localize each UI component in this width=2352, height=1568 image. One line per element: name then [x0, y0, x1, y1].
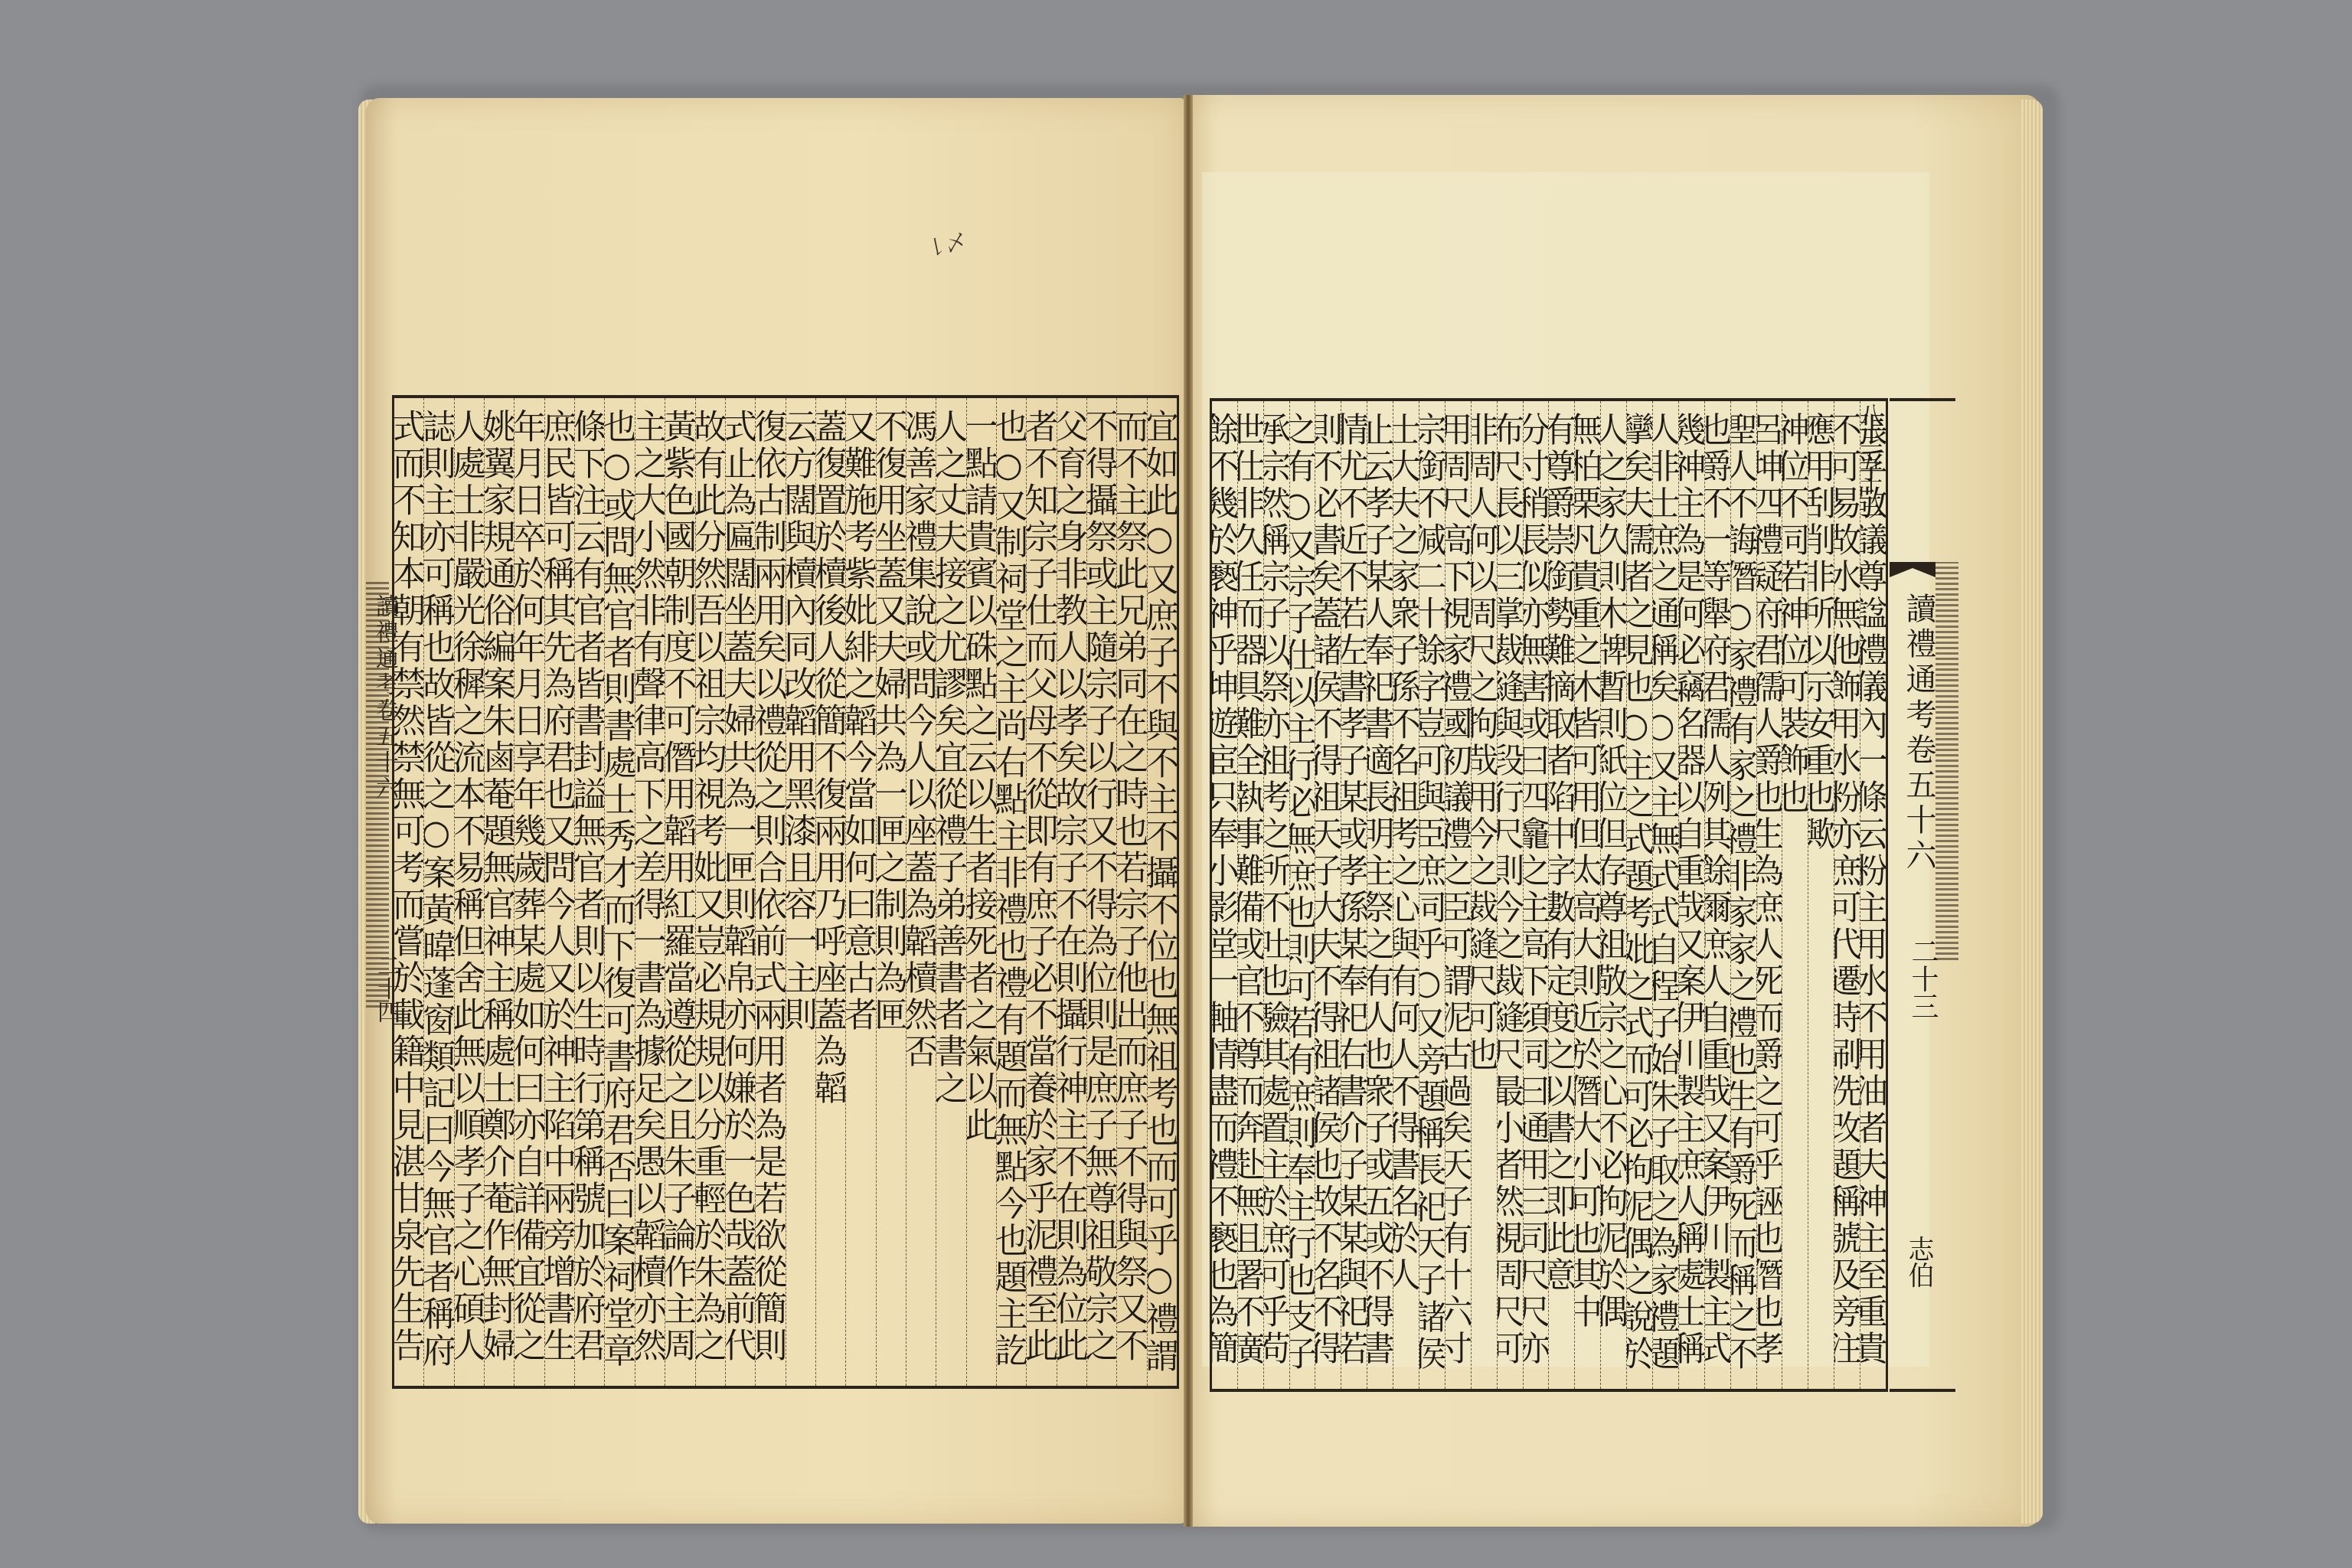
- text-column: 人非士庶之通稱矣○又主無式式自程子始朱子取之為家禮題考妣: [1652, 401, 1678, 1389]
- right-page-text-frame: 張孚敬議尊諡禮儀內一條云粉主用水不用油者夫神主至重貴質一成而不可易故水無他飾用水…: [1210, 398, 1888, 1392]
- right-page-edges: [2021, 100, 2043, 1524]
- right-page-number: 二十三: [1903, 937, 1942, 1020]
- text-column: 姚翼家規通俗編案朱鹵菴題無官神主稱處士鄭介菴作無封婦人誌稱碩: [484, 398, 514, 1386]
- text-column: 呂坤四禮疑府君孺人爵也生為庶人死而爵之可乎誣也僭也孝子不誣親: [1756, 401, 1782, 1389]
- text-column: 黃紫色國朝制度不可僭用韜用紅羅當遵從之且朱子論作主周尺長短云: [665, 398, 694, 1386]
- text-column: 情尤不近不若左書孝子某或孝孫某奉祀右書介子某某與祀若衆孫隨世: [1341, 401, 1367, 1389]
- text-column: 條下注云有官者皆書封謚無官者則以生時行第稱號加於府君之上是則: [574, 398, 604, 1386]
- fishtail-mark-icon: [1890, 562, 1935, 577]
- text-column: 有尊爵崇銜勢難摘取者陷中字數有定度之以書之即此意: [1548, 401, 1574, 1389]
- column-heading-mark: 八三五十三: [1851, 403, 1885, 518]
- text-column: 餘不幾於褻神乎坤遊宦只奉小影堂一軸情盡而禮不褻也為簡便宗子或: [1212, 401, 1237, 1389]
- text-column: 庶民皆可稱其先為府君也又問今人又於神主陷中兩旁增書生於何: [544, 398, 574, 1386]
- text-column: 用周尺高下視家禮國初議禮之臣可謂泥古過矣天子有十六寸廟號又: [1445, 401, 1471, 1389]
- carver-mark: 志伯: [1900, 1236, 1938, 1288]
- text-column: 宜如此○又庶子不與不主不攝不位也無祖考也而可乎○禮謂庶子與祭: [1147, 398, 1177, 1386]
- text-column: 張孚敬議尊諡禮儀內一條云粉主用水不用油者夫神主至重貴質一成而: [1860, 401, 1886, 1389]
- text-column: 神位不同若神位可裝飾也: [1782, 401, 1808, 1389]
- left-running-title: 讀禮通考卷五十六: [367, 594, 401, 802]
- text-column: 人之丈夫接之尤謬矣宜從禮子弟善書者書之: [936, 398, 965, 1386]
- text-column: 父育之身非教人以孝矣故宗子不在則攝行神主不在則為位此必不可廢: [1057, 398, 1086, 1386]
- text-column: 之有○又宗子仕以主行必無庶也則可若有庶則奉主行也支子雖不得: [1289, 401, 1315, 1389]
- text-column: 不可易故水無他飾用水粉亦庶可代遷時刷洗改題稱號及旁注如用油便: [1834, 401, 1860, 1389]
- text-column: 云方闊與櫝內同改韜用黑漆且容一主則: [786, 398, 815, 1386]
- text-column: 承宗然稱宗子以祭亦祖考之所不吐也驗其處置主於庶可乎苟後: [1263, 401, 1289, 1389]
- text-column: 應用刮削非所以示安重也歟: [1808, 401, 1834, 1389]
- text-column: 一點請貴賓以硃點之云以生者接死者之氣以此: [966, 398, 996, 1386]
- text-column: 也○又制祠堂之主尚右點主非禮也禮有題而無點今也題主訖主字上空: [996, 398, 1026, 1386]
- text-column: 又難施考紫妣緋之韜今當如何曰意古者: [845, 398, 875, 1386]
- text-column: 誌則主亦可稱也故皆從之○案黃暐蓬窗類記曰今無官者稱府君蓋襲古: [423, 398, 453, 1386]
- text-column: 者不知宗子仕而父母不從即有庶子必不當養於家乎泥禮至此非聖人意: [1026, 398, 1056, 1386]
- text-column: 宗銜不減二十餘字豈可與臣庶同乎○又旁題稱長祀天子諸侯之禮也: [1419, 401, 1445, 1389]
- left-page-text-frame: 宜如此○又庶子不與不主不攝不位也無祖考也而可乎○禮謂庶子與祭而不主祭此兄弟同在之…: [392, 395, 1179, 1389]
- text-column: 幾神主為是何必竊名器以自重哉又案伊川製主庶人稱處士稱某氏不: [1678, 401, 1704, 1389]
- text-column: 也○或問無官者則書處士秀才而下復可書府君否曰案祠堂章有事則告: [604, 398, 634, 1386]
- text-column: 式止為匾闊坐蓋夫婦共為一匣則韜帛亦何嫌於一色哉蓋前代重紫輕緋: [725, 398, 755, 1386]
- text-column: 復依古制兩用矣以禮從之則合依前式兩用者為是若欲從簡則依下圖合: [755, 398, 785, 1386]
- text-column: 也爵不一等舉府君孺人例其餘爾庶人自重哉又案伊川製主式止用某氏: [1704, 401, 1730, 1389]
- text-column: 人之家久則木牌暫則紙位但存尊祖敬宗之心不必拘泥於偶: [1600, 401, 1626, 1389]
- text-column: 聖人不誨僭○家禮有家之禮非家家之禮也生有爵死而稱之不沒其實: [1730, 401, 1756, 1389]
- left-page-fold-margin: 讀禮通考卷五十六 二十四: [366, 395, 392, 1383]
- text-column: 蓋復置於櫝後人從簡不復兩用乃呼座蓋為韜: [815, 398, 845, 1386]
- text-column: 則不必書矣蓋諸侯不得祖天子大夫不得祖諸侯也故不名不得: [1315, 401, 1341, 1389]
- text-column: 馮善家禮集說或問今人以座蓋為韜櫝然否: [906, 398, 936, 1386]
- text-column: 非周人何以周尺之拘哉用今之裁縫尺可也: [1471, 401, 1497, 1389]
- text-column: 無柏栗凡貴重之木皆可用但太高大則近於僭大小可也其中: [1574, 401, 1600, 1389]
- text-column: 士大夫之家衆子孫不名祖考之心與有何人不得書名於人: [1393, 401, 1419, 1389]
- text-column: 不得攝祭或主隨宗子以行又不得為位則是庶子無尊祖敬宗之分非祖生: [1086, 398, 1116, 1386]
- text-column: 而不主祭此兄弟同在之時也若宗子他出而庶子不得與祭又不敢主祭又: [1116, 398, 1146, 1386]
- text-column: 人處士非嚴光徐穉之流本不易稱但舍此無以順孝子之心碩人既可稱於: [454, 398, 484, 1386]
- fold-centre-column: 讀禮通考卷五十六 二十三 志伯: [1890, 398, 1955, 1392]
- left-page-columns: 宜如此○又庶子不與不主不攝不位也無祖考也而可乎○禮謂庶子與祭而不主祭此兄弟同在之…: [394, 398, 1177, 1386]
- text-column: 故有此分然吾以祖宗均視考妣又豈必規規以分重輕於朱為之末哉且玄: [695, 398, 725, 1386]
- right-page-columns: 張孚敬議尊諡禮儀內一條云粉主用水不用油者夫神主至重貴質一成而不可易故水無他飾用水…: [1212, 401, 1886, 1389]
- text-column: 止云孝子某人奉祀書適長明主祭之有人也衆子或五或不得書名於: [1367, 401, 1393, 1389]
- text-column: 不復用坐蓋又夫婦共為一匣之制則為匣: [876, 398, 906, 1386]
- left-page-number: 二十四: [369, 954, 403, 1023]
- text-column: 式而不知本朝有禁然禁無可考而嘗於載籍中見湛甘泉先生告祖文稱曾: [394, 398, 423, 1386]
- text-column: 主之大小然非有聲律高下之差得一書為據足矣愚以韜櫝亦然不必過論: [635, 398, 665, 1386]
- text-column: 分寸稍長似亦無害或曰四龕之主高下須同曰通用三司尺尺亦差大則非周: [1523, 401, 1549, 1389]
- text-column: 攣矣夫儒者之見也○主之式題考妣之式而可必拘泥偶之說於偶: [1626, 401, 1652, 1389]
- text-column: 世仕非久任而器具難全執事難備或官不尊而奔赴無且署不廣而居處無: [1237, 401, 1263, 1389]
- book-gutter: [1184, 95, 1193, 1527]
- book-title: 讀禮通考卷五十六: [1897, 593, 1941, 874]
- text-column: 年月日卒於何年月日享年幾歲葬某處如何曰亦自詳備宜從之也: [514, 398, 544, 1386]
- text-column: 布尺長以三掌裁縫與段行尺則今之裁縫尺最小者然視周尺可也近日市井: [1497, 401, 1523, 1389]
